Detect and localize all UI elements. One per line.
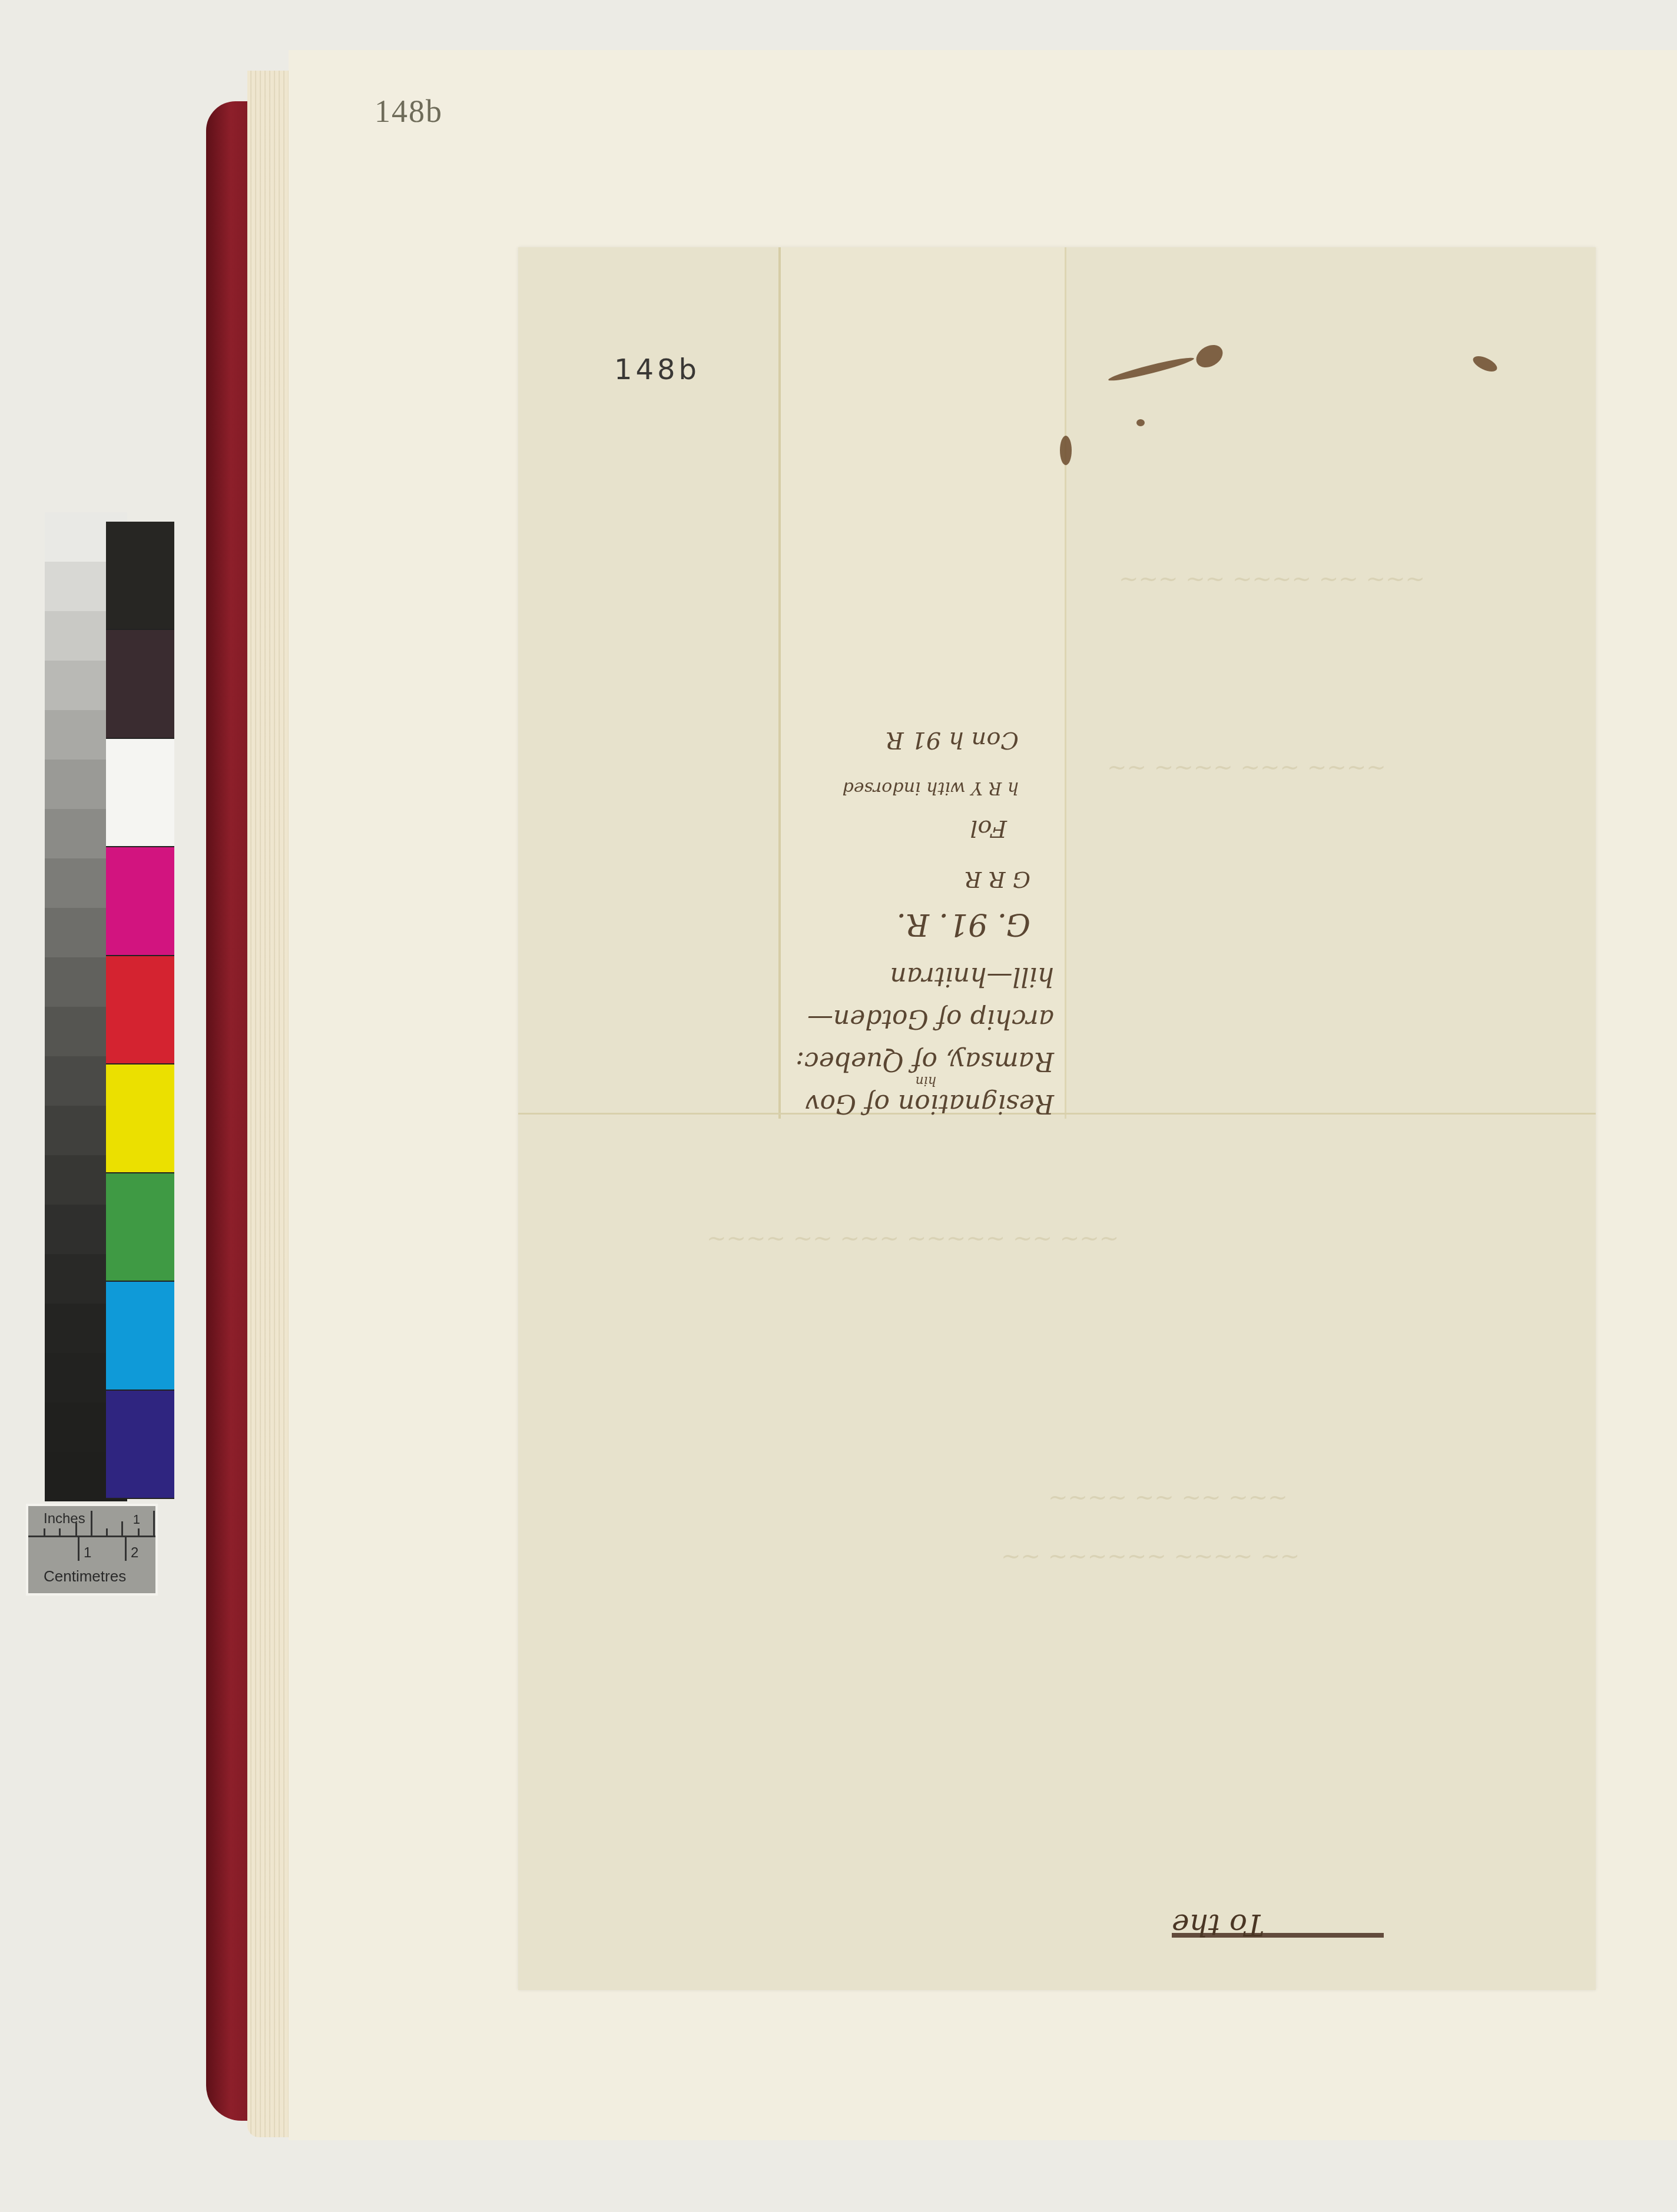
docket-line: archip of Gotden— (807, 1004, 1054, 1034)
bleed-through-text: ~~ ~~~~~~ ~~~~ ~~ (1001, 1543, 1300, 1570)
ink-stain (1060, 436, 1072, 465)
docket-line: hill—hnitran (890, 961, 1054, 991)
color-patch-white (106, 739, 174, 847)
docket-line: Ramsay, of Quebec: (796, 1046, 1054, 1076)
color-patch-green (106, 1173, 174, 1282)
pencil-folio-number: 148b (614, 353, 700, 386)
ink-stain (1136, 419, 1145, 426)
ruler-tick (59, 1528, 61, 1536)
fold-line (1065, 247, 1066, 1119)
address-text: To the (1172, 1908, 1264, 1942)
ruler-tick (75, 1523, 77, 1536)
ruler-tick (91, 1511, 92, 1536)
color-patch-cyan (106, 1282, 174, 1390)
ruler-cm-mark-1: 1 (84, 1545, 91, 1561)
ruler-cm-mark-2: 2 (131, 1545, 138, 1561)
ruler-line (28, 1536, 155, 1537)
bleed-through-text: ~~ ~~~~ ~~~ ~~~~ (1107, 754, 1386, 781)
scale-ruler: Inches 1 1 2 Centimetres (26, 1504, 158, 1596)
docket-line: h R Y with indorsed (843, 778, 1019, 798)
fold-line (778, 247, 781, 1119)
color-patch-black (106, 522, 174, 630)
color-patch-red (106, 956, 174, 1064)
color-patch-blue (106, 1391, 174, 1499)
ruler-tick (138, 1528, 140, 1536)
docket-line: G. 91. R. (896, 907, 1030, 942)
bleed-through-text: ~~~ ~~ ~~~~ ~~ ~~~ (1119, 565, 1425, 592)
ruler-cm-tick (78, 1537, 79, 1561)
color-patch-yellow (106, 1064, 174, 1173)
printed-folio-number: 148b (374, 93, 443, 130)
ruler-inches-label: Inches (44, 1511, 85, 1527)
color-calibration-target (24, 512, 165, 1501)
docket-line-insert: hin (916, 1073, 936, 1088)
docket-line: Fol (970, 815, 1007, 842)
address-line: To the (1172, 1908, 1264, 1942)
ruler-tick (153, 1511, 155, 1536)
docket-line: G R R (965, 867, 1030, 893)
ruler-cm-tick (125, 1537, 127, 1561)
bleed-through-text: ~~~~ ~~ ~~~ ~~~~~ ~~ ~~~ (707, 1225, 1119, 1252)
ruler-tick (121, 1521, 123, 1536)
ruler-inch-mark: 1 (133, 1512, 140, 1527)
docket-endorsement: Resignation of Gov Ramsay, of Quebec: hi… (783, 695, 1054, 1119)
color-patch-strip (106, 522, 174, 1499)
ruler-tick (106, 1528, 108, 1536)
docket-line: Con h 91 R (886, 727, 1019, 754)
bleed-through-text: ~~~~ ~~ ~~ ~~~ (1048, 1484, 1288, 1511)
ruler-tick (44, 1528, 45, 1536)
fold-line (518, 1113, 1596, 1115)
ruler-cm-label: Centimetres (44, 1567, 126, 1586)
color-patch-brown (106, 630, 174, 738)
color-patch-magenta (106, 847, 174, 956)
docket-line: Resignation of Gov (806, 1089, 1054, 1119)
